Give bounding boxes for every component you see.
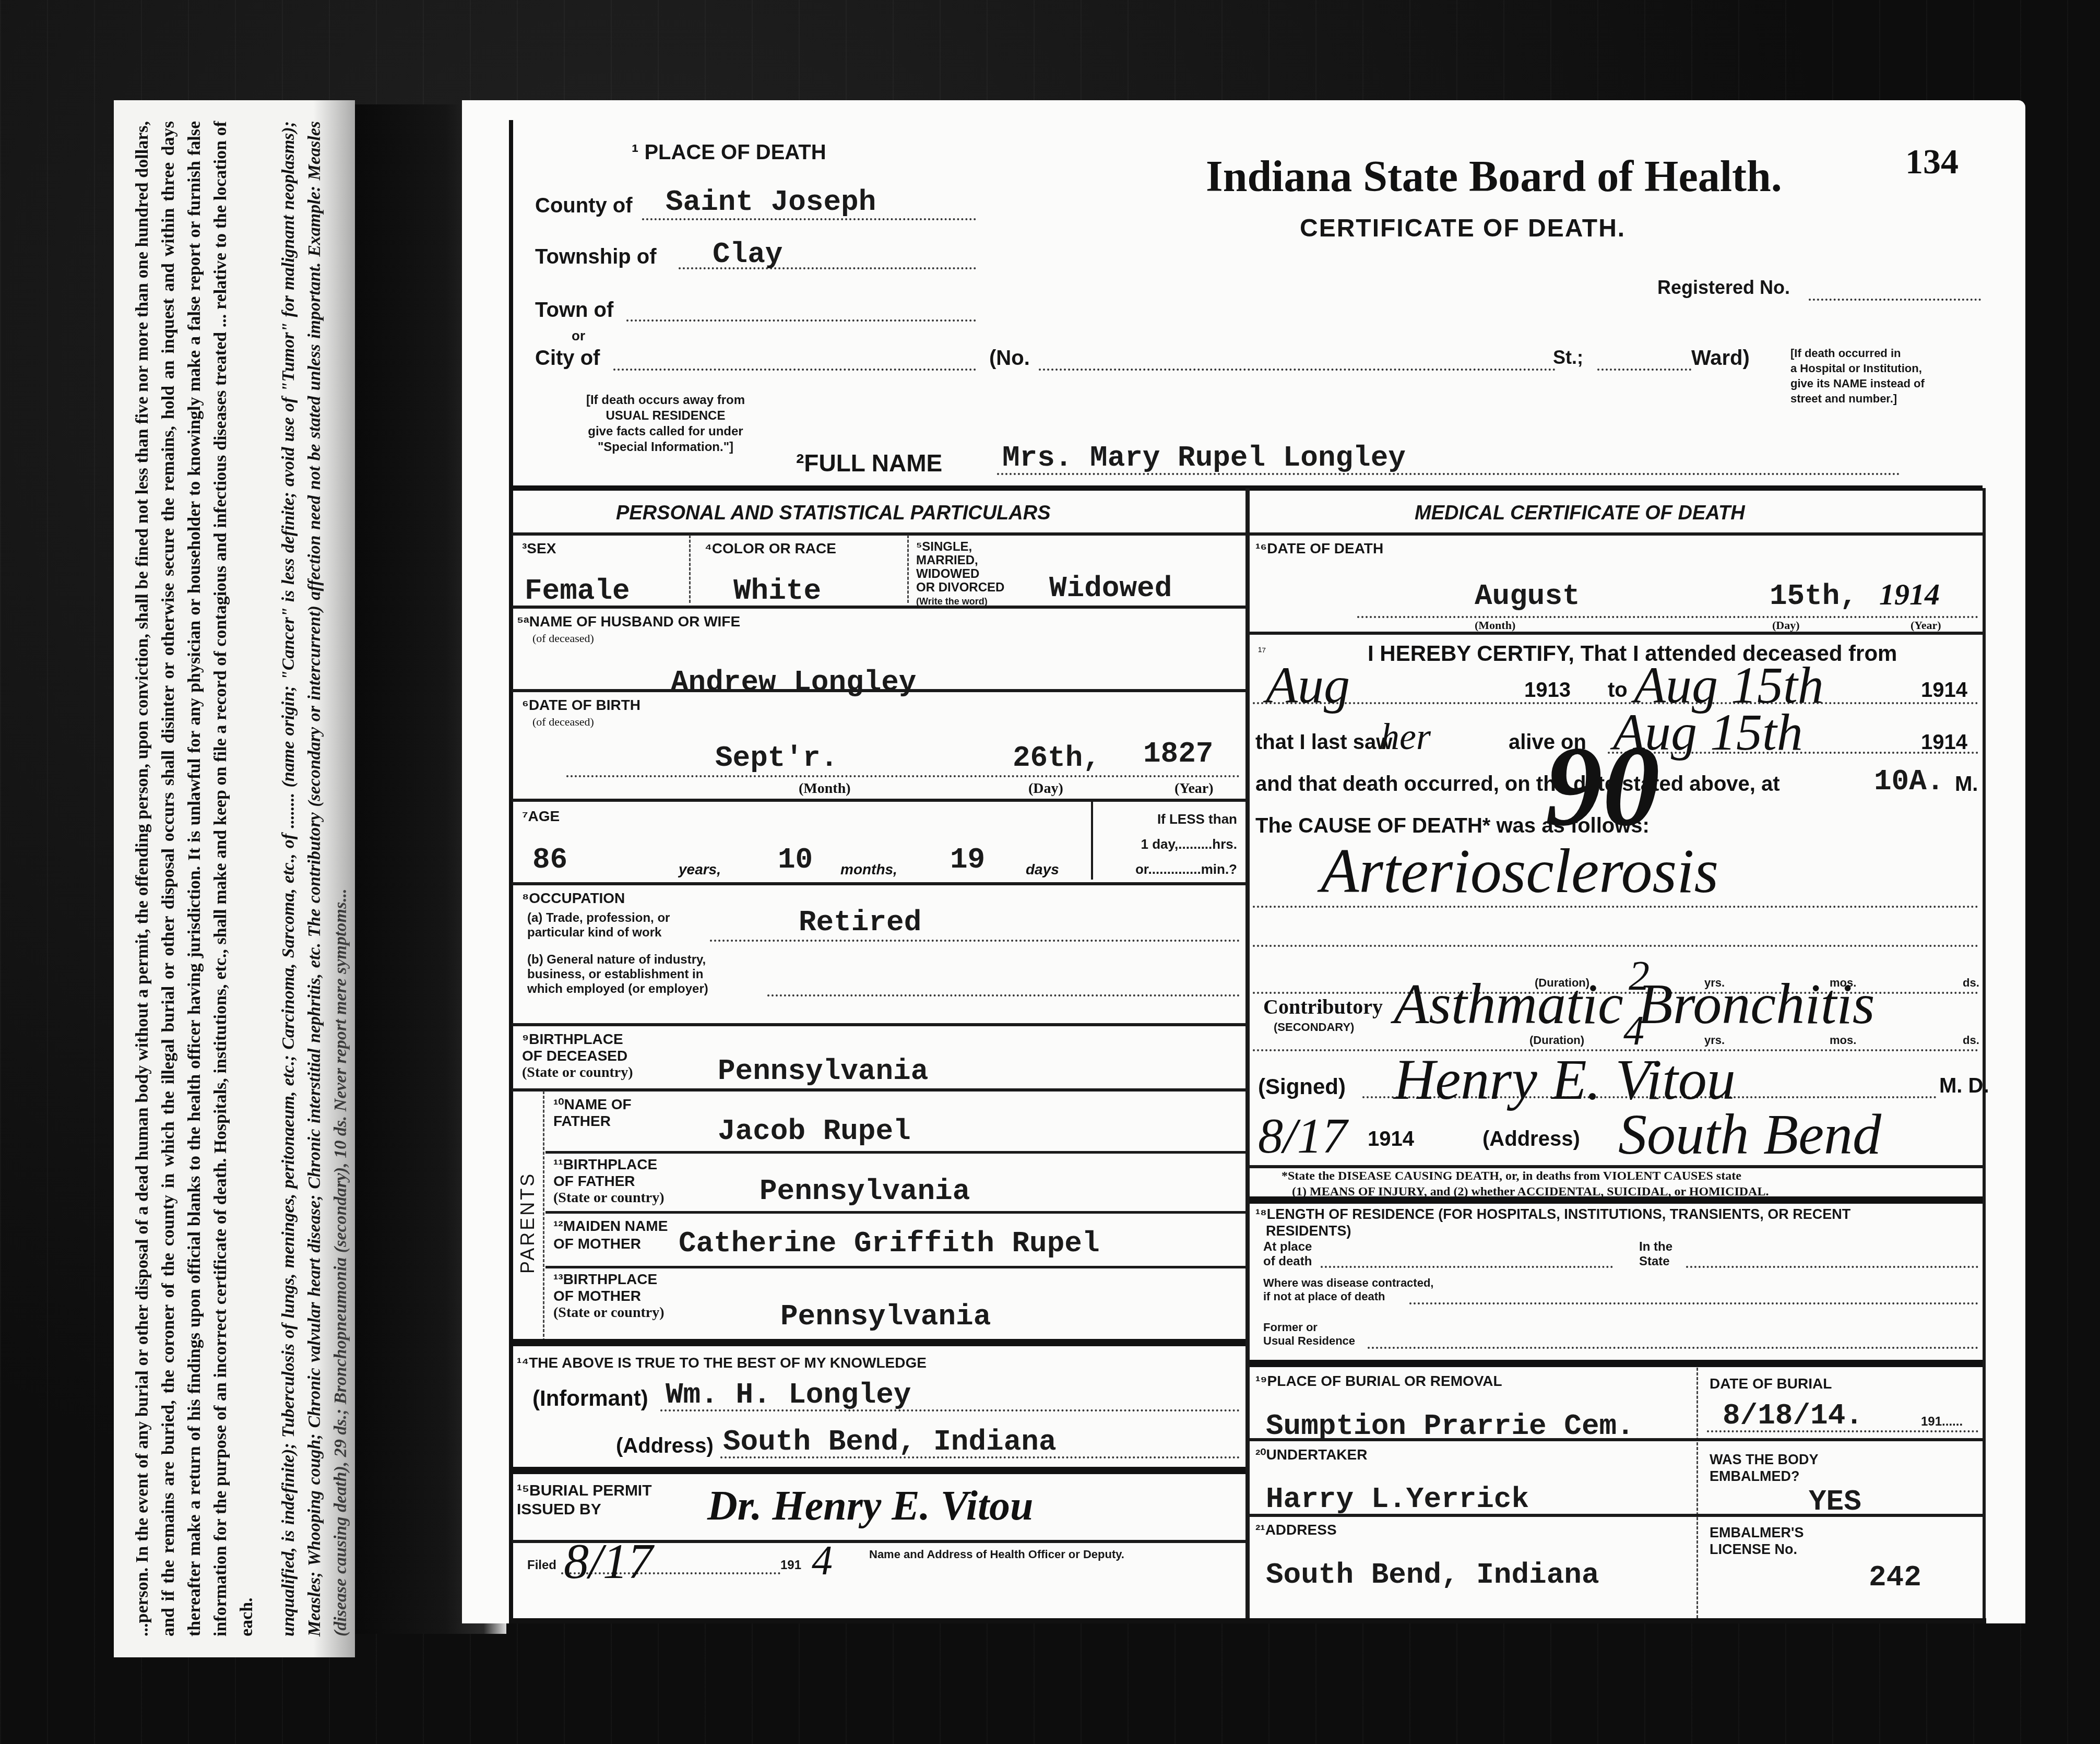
dob-day: 26th, [1013, 741, 1100, 775]
residence-length-line: ¹⁸LENGTH OF RESIDENCE (FOR HOSPITALS, IN… [1255, 1206, 1850, 1223]
yrs-2-label: yrs. [1704, 1034, 1725, 1047]
dob-sublabel: (of deceased) [532, 715, 594, 729]
spouse-sublabel: (of deceased) [532, 632, 594, 645]
time-suffix: M. [1955, 773, 1978, 796]
instructions-top: ...person. In the event of any burial or… [129, 121, 260, 1636]
dod-day: 15th, [1770, 579, 1857, 613]
burial-date-value: 8/18/14. [1723, 1399, 1863, 1432]
father-name-label-line: ¹⁰NAME OF [553, 1096, 632, 1113]
last-saw-pronoun: her [1381, 715, 1431, 758]
signed-address-label: (Address) [1482, 1128, 1580, 1151]
at-place-line-dots [1321, 1266, 1613, 1268]
marital-label-line: WIDOWED [916, 567, 1004, 581]
at-place-line: At place [1263, 1240, 1312, 1254]
board-title: Indiana State Board of Health. [1206, 151, 1782, 202]
attended-to-year: 1914 [1921, 679, 1967, 702]
cell-divider [907, 535, 909, 603]
dob-line [566, 775, 1240, 777]
signed-date: 8/17 [1258, 1107, 1347, 1165]
year-caption: (Year) [1174, 780, 1214, 797]
father-birthplace-value: Pennsylvania [760, 1174, 970, 1208]
father-birthplace-label: ¹¹BIRTHPLACE OF FATHER (State or country… [553, 1156, 665, 1206]
age-days: 19 [950, 843, 985, 876]
town-label: Town of [535, 299, 613, 322]
mother-name-label: ¹²MAIDEN NAME OF MOTHER [553, 1217, 668, 1253]
to-label: to [1608, 679, 1628, 702]
less-than-line: 1 day,.........hrs. [1101, 832, 1237, 857]
cause-footnote: *State the DISEASE CAUSING DEATH, or, in… [1282, 1168, 1769, 1200]
in-state-line-dots [1686, 1266, 1978, 1268]
embalmed-label-line: WAS THE BODY [1710, 1451, 1819, 1468]
birthplace-value: Pennsylvania [718, 1054, 928, 1088]
certify-number: ¹⁷ [1258, 645, 1266, 658]
health-officer-label: Name and Address of Health Officer or De… [869, 1548, 1124, 1561]
cell-divider [689, 535, 691, 603]
row-line [1250, 1514, 1983, 1517]
full-name-value: Mrs. Mary Rupel Longley [1002, 441, 1406, 474]
cause-label: The CAUSE OF DEATH* was as follows: [1255, 814, 1650, 838]
months-caption: months, [840, 861, 897, 878]
license-label-line: LICENSE No. [1710, 1541, 1804, 1558]
county-value: Saint Joseph [666, 185, 876, 219]
former-residence-line: Usual Residence [1263, 1334, 1355, 1348]
dod-year: 1914 [1879, 577, 1940, 612]
strip-shadow [313, 100, 355, 1657]
occupation-a-line: (a) Trade, profession, or [527, 911, 670, 926]
father-birthplace-label-line: ¹¹BIRTHPLACE [553, 1156, 665, 1173]
certificate-title: CERTIFICATE OF DEATH. [1300, 214, 1626, 243]
occupation-a-line [710, 940, 1240, 942]
spouse-value: Andrew Longley [671, 666, 916, 699]
cell-divider [1091, 801, 1093, 880]
sex-value: Female [525, 574, 630, 608]
marital-value: Widowed [1049, 572, 1172, 605]
hospital-note-line: a Hospital or Institution, [1790, 361, 1989, 376]
section-divider [1250, 1196, 1983, 1204]
occupation-a-label: (a) Trade, profession, or particular kin… [527, 911, 670, 940]
street-line [1039, 369, 1556, 371]
signed-address-value: South Bend [1618, 1101, 1881, 1168]
row-line [512, 532, 1245, 536]
burial-date-label: DATE OF BURIAL [1710, 1375, 1832, 1392]
row-line [512, 799, 1245, 802]
birthplace-label-line: (State or country) [522, 1064, 633, 1081]
occupation-b-line: (b) General nature of industry, [527, 953, 708, 967]
row-line [512, 882, 1245, 885]
dod-year-caption: (Year) [1911, 619, 1941, 632]
mother-name-label-line: OF MOTHER [553, 1235, 668, 1253]
less-than-line: or..............min.? [1101, 857, 1237, 882]
former-residence-label: Former or Usual Residence [1263, 1321, 1355, 1348]
row-line [545, 1211, 1245, 1214]
dob-month: Sept'r. [715, 741, 838, 775]
occupation-a-value: Retired [799, 906, 921, 939]
in-state-line: State [1639, 1254, 1672, 1269]
father-birthplace-label-line: OF FATHER [553, 1173, 665, 1190]
age-years: 86 [532, 843, 567, 876]
birthplace-label-line: OF DECEASED [522, 1048, 633, 1064]
day-caption: (Day) [1028, 780, 1063, 797]
filed-year-prefix: 191 [780, 1558, 801, 1573]
residence-note-line: "Special Information."] [556, 440, 775, 455]
spouse-label: ⁵ᵃNAME OF HUSBAND OR WIFE [517, 613, 740, 630]
dod-month-caption: (Month) [1475, 619, 1515, 632]
ds-label: ds. [1963, 976, 1979, 990]
cause-line-2 [1253, 945, 1978, 947]
page-number: 134 [1905, 141, 1959, 182]
birthplace-label-line: ⁹BIRTHPLACE [522, 1031, 633, 1048]
street-number-label: (No. [989, 347, 1030, 370]
residence-note-line: [If death occurs away from [556, 393, 775, 408]
informant-address-value: South Bend, Indiana [723, 1425, 1057, 1458]
column-divider [1245, 488, 1250, 1618]
row-line [512, 689, 1245, 692]
permit-label: ¹⁵BURIAL PERMIT ISSUED BY [517, 1481, 652, 1519]
in-state-label: In the State [1639, 1240, 1672, 1269]
permit-label-line: ISSUED BY [517, 1500, 652, 1519]
section-divider [1250, 1360, 1983, 1367]
informant-value: Wm. H. Longley [666, 1378, 911, 1411]
license-label-line: EMBALMER'S [1710, 1524, 1804, 1541]
undertaker-address-label: ²¹ADDRESS [1255, 1522, 1337, 1538]
informant-address-label: (Address) [616, 1434, 714, 1458]
marital-label-line: ⁵SINGLE, [916, 540, 1004, 554]
less-than-box: If LESS than 1 day,.........hrs. or.....… [1101, 806, 1237, 882]
row-line [1250, 632, 1983, 635]
father-birthplace-label-line: (State or country) [553, 1190, 665, 1206]
license-label: EMBALMER'S LICENSE No. [1710, 1524, 1804, 1558]
mother-birthplace-label: ¹³BIRTHPLACE OF MOTHER (State or country… [553, 1271, 665, 1321]
former-residence-dots [1368, 1347, 1978, 1349]
filed-year-suffix: 4 [812, 1537, 833, 1585]
filed-label: Filed [527, 1558, 556, 1573]
personal-section-title: PERSONAL AND STATISTICAL PARTICULARS [616, 502, 1051, 525]
township-label: Township of [535, 245, 657, 269]
contributory-label: Contributory [1263, 994, 1383, 1019]
filed-date: 8/17 [564, 1532, 653, 1590]
attended-from-year: 1913 [1524, 679, 1571, 702]
race-value: White [733, 574, 821, 608]
ward-label: Ward) [1691, 347, 1750, 370]
undertaker-value: Harry L.Yerrick [1266, 1482, 1529, 1516]
informant-label: (Informant) [532, 1386, 648, 1411]
cause-value: Arteriosclerosis [1321, 835, 1718, 907]
dod-month: August [1475, 579, 1580, 613]
birthplace-label: ⁹BIRTHPLACE OF DECEASED (State or countr… [522, 1031, 633, 1081]
registered-no-line [1809, 299, 1981, 301]
mother-name-value: Catherine Griffith Rupel [679, 1227, 1100, 1260]
mos-2-label: mos. [1830, 1034, 1856, 1047]
occurred-text: and that death occurred, on the date sta… [1255, 773, 1780, 796]
mother-birthplace-label-line: (State or country) [553, 1304, 665, 1321]
marital-label: ⁵SINGLE, MARRIED, WIDOWED OR DIVORCED (W… [916, 540, 1004, 608]
embalmed-label-line: EMBALMED? [1710, 1468, 1819, 1485]
residence-note-line: USUAL RESIDENCE [556, 408, 775, 424]
row-line [1250, 1438, 1983, 1441]
full-name-label: ²FULL NAME [796, 449, 942, 477]
signed-label: (Signed) [1258, 1074, 1346, 1099]
mother-birthplace-value: Pennsylvania [780, 1300, 991, 1333]
place-of-death-heading: ¹ PLACE OF DEATH [632, 141, 826, 164]
dod-label: ¹⁶DATE OF DEATH [1255, 540, 1383, 557]
contracted-line: if not at place of death [1263, 1290, 1433, 1303]
secondary-label: (SECONDARY) [1274, 1021, 1354, 1034]
month-caption: (Month) [799, 780, 851, 797]
former-residence-line: Former or [1263, 1321, 1355, 1334]
registered-no-label: Registered No. [1657, 277, 1790, 299]
occupation-b-line: business, or establishment in [527, 967, 708, 982]
hospital-note-line: street and number.] [1790, 391, 1989, 406]
days-caption: days [1026, 861, 1059, 878]
occupation-b-line [767, 994, 1240, 996]
mother-birthplace-label-line: ¹³BIRTHPLACE [553, 1271, 665, 1288]
hospital-note: [If death occurred in a Hospital or Inst… [1790, 346, 1989, 406]
attended-from: Aug [1266, 655, 1350, 715]
father-name-label-line: FATHER [553, 1113, 632, 1130]
residence-note-line: give facts called for under [556, 424, 775, 440]
dod-line [1357, 616, 1978, 618]
town-line [626, 319, 976, 322]
ward-line [1597, 369, 1691, 371]
or-label: or [572, 328, 585, 344]
form-bottom-border [509, 1618, 1986, 1623]
less-than-line: If LESS than [1101, 806, 1237, 832]
embalmed-label: WAS THE BODY EMBALMED? [1710, 1451, 1819, 1485]
undertaker-label: ²⁰UNDERTAKER [1255, 1446, 1367, 1463]
right-border [1983, 488, 1986, 1618]
at-place-label: At place of death [1263, 1240, 1312, 1269]
marital-label-line: MARRIED, [916, 554, 1004, 567]
occupation-b-line: which employed (or employer) [527, 982, 708, 996]
father-name-label: ¹⁰NAME OF FATHER [553, 1096, 632, 1130]
marital-label-line: OR DIVORCED [916, 581, 1004, 595]
occupation-label: ⁸OCCUPATION [522, 890, 625, 907]
row-line [1250, 532, 1983, 536]
burial-divider [1696, 1368, 1698, 1618]
contracted-dots [1409, 1302, 1978, 1304]
occupation-b-label: (b) General nature of industry, business… [527, 953, 708, 996]
street-label: St.; [1553, 347, 1583, 369]
burial-date-suffix: 191...... [1921, 1415, 1963, 1429]
occupation-a-line: particular kind of work [527, 926, 670, 940]
sex-label: ³SEX [522, 540, 556, 557]
at-place-line: of death [1263, 1254, 1312, 1269]
mother-name-label-line: ¹²MAIDEN NAME [553, 1217, 668, 1235]
license-value: 242 [1869, 1561, 1921, 1594]
row-line [545, 1266, 1245, 1268]
section-divider [512, 1339, 1245, 1346]
undertaker-address-value: South Bend, Indiana [1266, 1558, 1599, 1592]
duration-2-label: (Duration) [1529, 1034, 1584, 1047]
parents-label: PARENTS [517, 1172, 539, 1274]
section-divider [512, 1467, 1245, 1474]
mother-birthplace-label-line: OF MOTHER [553, 1288, 665, 1304]
age-label: ⁷AGE [522, 808, 560, 825]
dob-year: 1827 [1143, 737, 1213, 770]
md-label: M. D. [1939, 1074, 1989, 1098]
row-line [512, 606, 1245, 609]
burial-place-label: ¹⁹PLACE OF BURIAL OR REMOVAL [1255, 1373, 1502, 1390]
parents-divider [543, 1091, 544, 1342]
contracted-label: Where was disease contracted, if not at … [1263, 1276, 1433, 1303]
city-label: City of [535, 347, 600, 370]
footnote-line: *State the DISEASE CAUSING DEATH, or, in… [1282, 1168, 1769, 1184]
last-saw-label: that I last saw [1255, 731, 1392, 754]
medical-section-title: MEDICAL CERTIFICATE OF DEATH [1415, 502, 1745, 525]
alive-on-year: 1914 [1921, 731, 1967, 754]
race-label: ⁴COLOR OR RACE [705, 540, 836, 557]
hospital-note-line: [If death occurred in [1790, 346, 1989, 361]
row-line [512, 1023, 1245, 1026]
signed-year: 1914 [1368, 1128, 1414, 1151]
ds-2-label: ds. [1963, 1034, 1979, 1047]
county-label: County of [535, 194, 633, 218]
time-value: 10A. [1874, 765, 1944, 798]
row-line [545, 1151, 1245, 1154]
dod-day-caption: (Day) [1772, 619, 1800, 632]
permit-label-line: ¹⁵BURIAL PERMIT [517, 1481, 652, 1500]
residence-length-line: RESIDENTS) [1255, 1223, 1850, 1239]
years-caption: years, [679, 861, 721, 878]
row-line [512, 1088, 1245, 1092]
contracted-line: Where was disease contracted, [1263, 1276, 1433, 1290]
age-months: 10 [778, 843, 813, 876]
hospital-note-line: give its NAME instead of [1790, 376, 1989, 391]
residence-note: [If death occurs away from USUAL RESIDEN… [556, 393, 775, 455]
informant-heading: ¹⁴THE ABOVE IS TRUE TO THE BEST OF MY KN… [517, 1355, 927, 1371]
father-name-value: Jacob Rupel [718, 1114, 911, 1148]
in-state-line: In the [1639, 1240, 1672, 1254]
permit-signature: Dr. Henry E. Vitou [707, 1482, 1034, 1530]
township-value: Clay [713, 238, 782, 271]
residence-length-label: ¹⁸LENGTH OF RESIDENCE (FOR HOSPITALS, IN… [1255, 1206, 1850, 1239]
city-line [613, 369, 976, 371]
dob-label: ⁶DATE OF BIRTH [522, 697, 640, 714]
